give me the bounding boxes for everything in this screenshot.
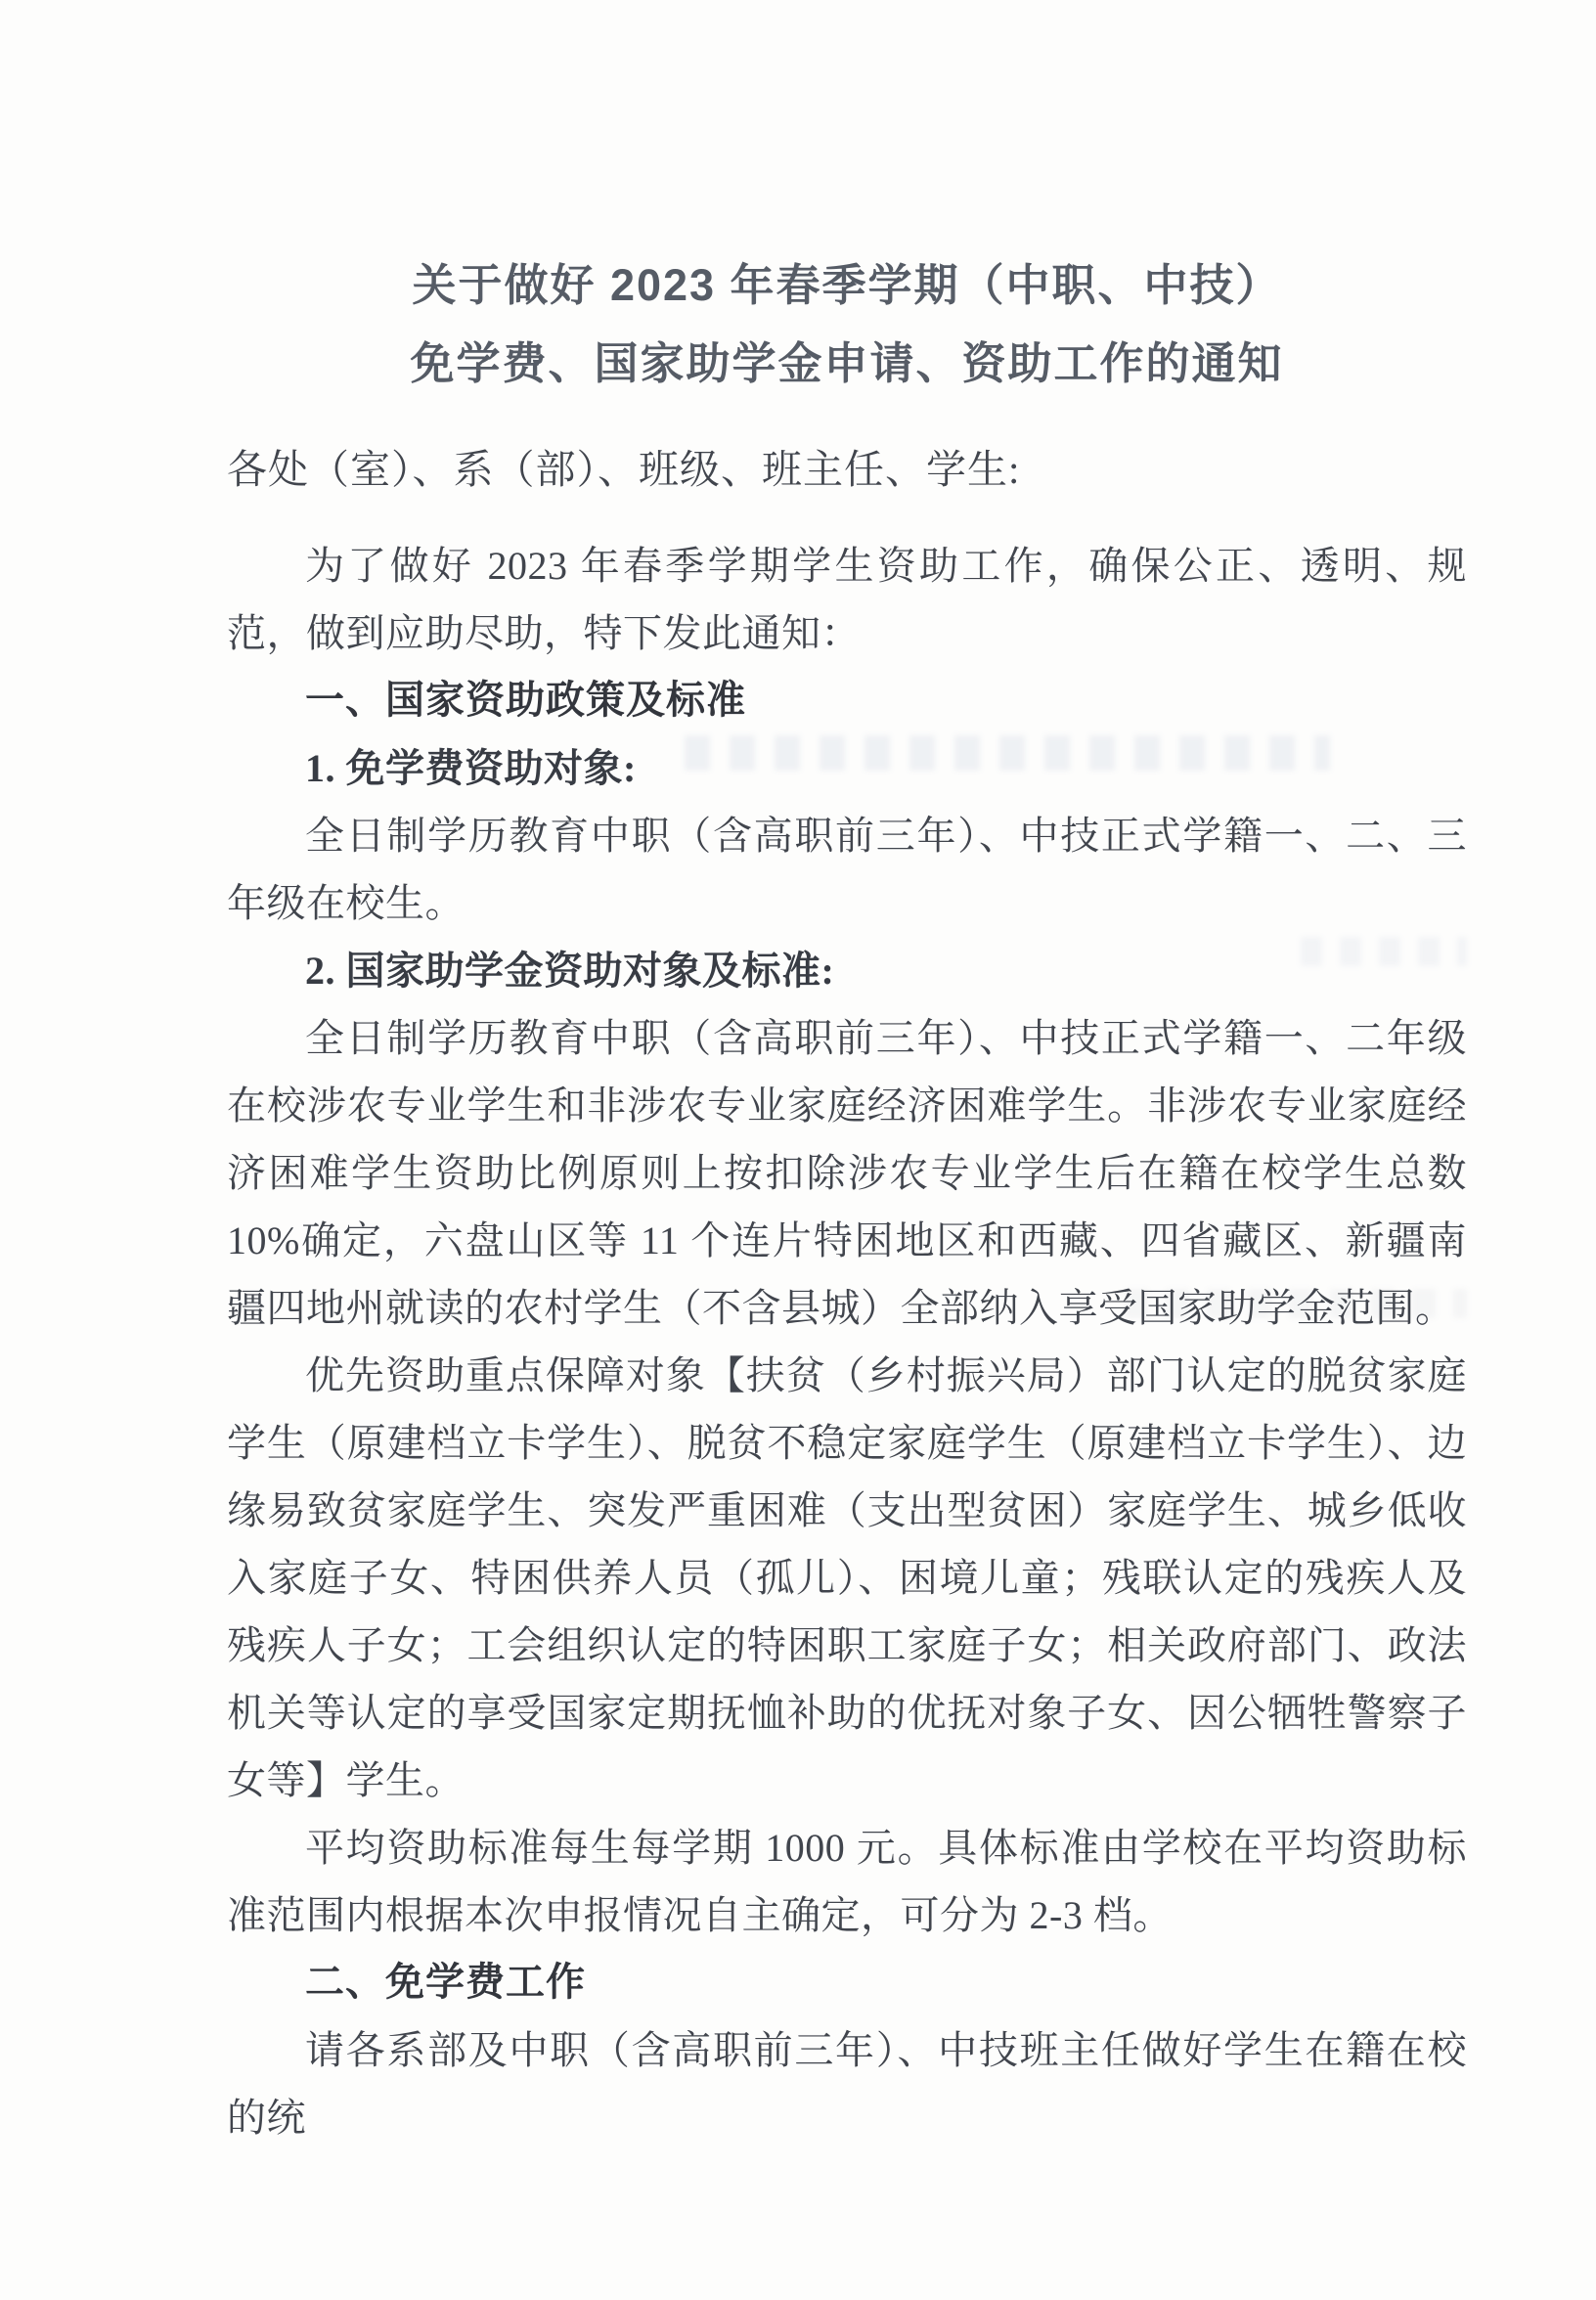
section-2-body: 请各系部及中职（含高职前三年）、中技班主任做好学生在籍在校的统	[227, 2016, 1467, 2151]
sub-2-grant-heading: 2. 国家助学金资助对象及标准:	[227, 937, 1467, 1004]
section-2-heading: 二、免学费工作	[227, 1949, 1467, 2016]
priority-support-paragraph: 优先资助重点保障对象【扶贫（乡村振兴局）部门认定的脱贫家庭学生（原建档立卡学生）…	[227, 1342, 1467, 1814]
document-content: 关于做好 2023 年春季学期（中职、中技） 免学费、国家助学金申请、资助工作的…	[227, 246, 1467, 2151]
document-title-line2: 免学费、国家助学金申请、资助工作的通知	[227, 325, 1467, 403]
salutation-line: 各处（室）、系（部）、班级、班主任、学生:	[227, 436, 1467, 504]
sub-1-tuition-waiver-heading: 1. 免学费资助对象:	[227, 734, 1467, 802]
sub-2-grant-body: 全日制学历教育中职（含高职前三年）、中技正式学籍一、二年级在校涉农专业学生和非涉…	[227, 1004, 1467, 1342]
document-title-line1: 关于做好 2023 年春季学期（中职、中技）	[227, 246, 1467, 325]
intro-paragraph: 为了做好 2023 年春季学期学生资助工作，确保公正、透明、规范，做到应助尽助，…	[227, 532, 1467, 667]
section-1-heading: 一、国家资助政策及标准	[227, 667, 1467, 734]
sub-1-tuition-waiver-body: 全日制学历教育中职（含高职前三年）、中技正式学籍一、二、三年级在校生。	[227, 802, 1467, 937]
grant-standard-paragraph: 平均资助标准每生每学期 1000 元。具体标准由学校在平均资助标准范围内根据本次…	[227, 1814, 1467, 1949]
document-title: 关于做好 2023 年春季学期（中职、中技） 免学费、国家助学金申请、资助工作的…	[227, 246, 1467, 403]
scanned-document-page: 关于做好 2023 年春季学期（中职、中技） 免学费、国家助学金申请、资助工作的…	[0, 0, 1596, 2300]
